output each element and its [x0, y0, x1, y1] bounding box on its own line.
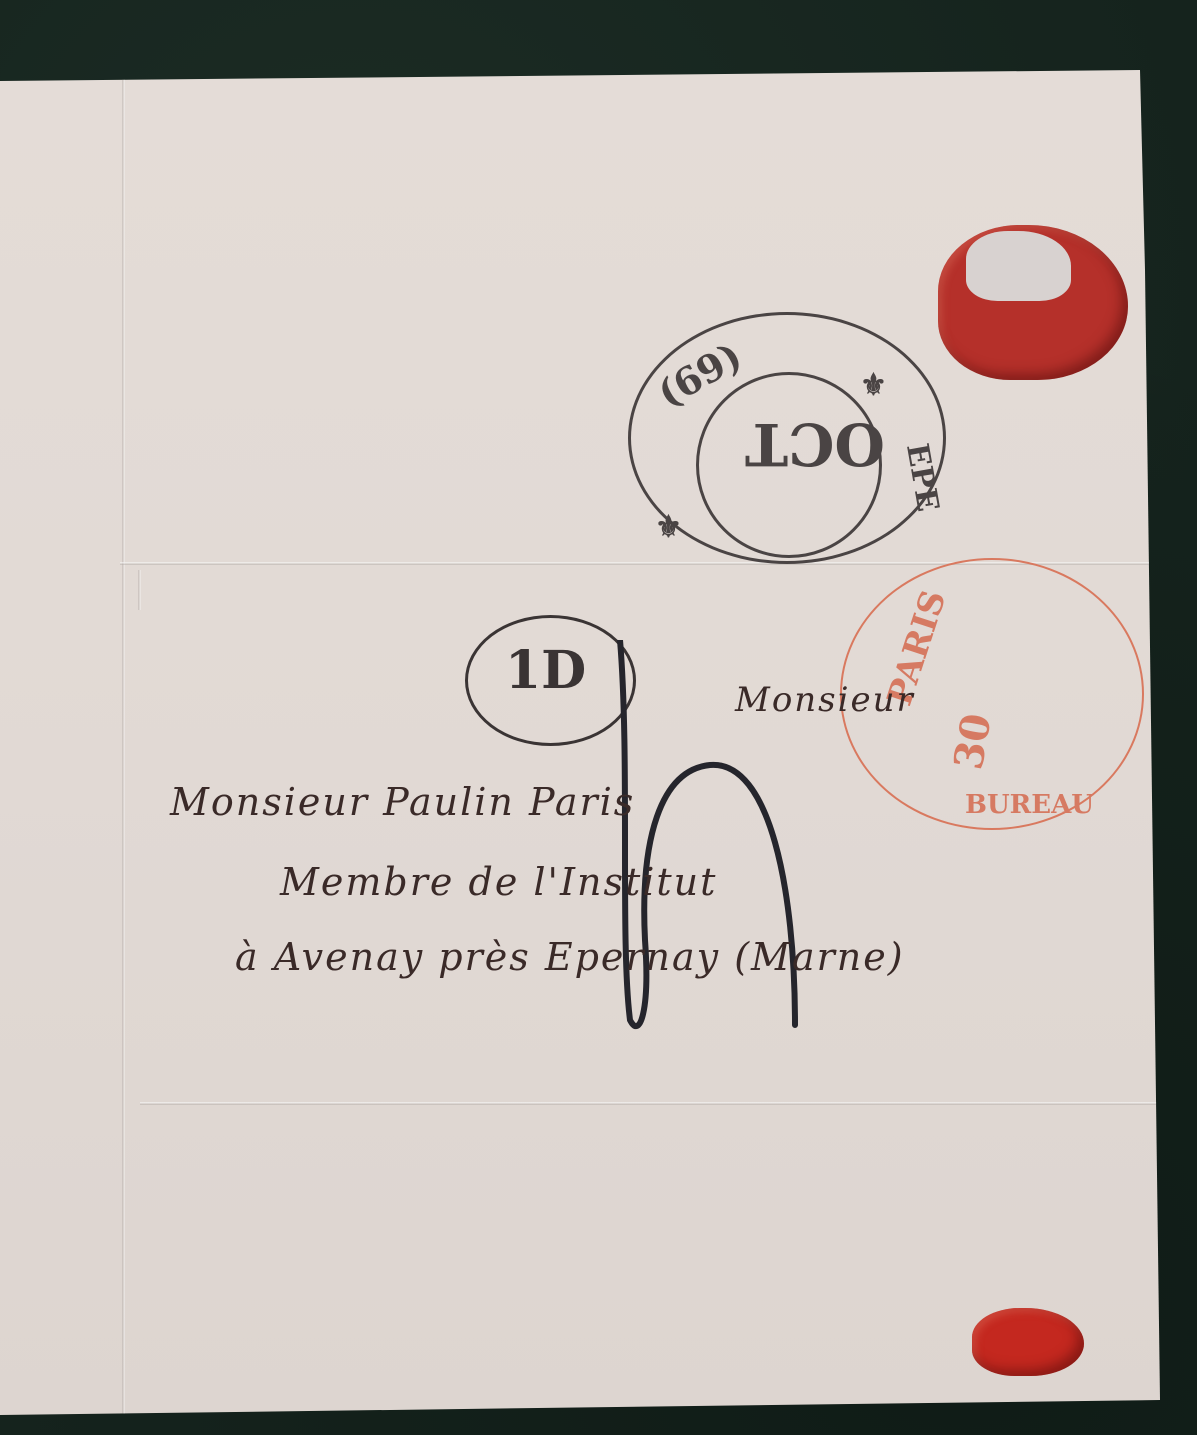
address-line-1: Monsieur Paulin Paris: [170, 780, 635, 824]
fold-crease: [138, 570, 141, 610]
wax-seal-bottom: [972, 1308, 1084, 1376]
address-salutation: Monsieur: [735, 680, 915, 720]
fleuron-ornament-icon: ⚜: [655, 510, 682, 545]
postmark-month: OCT: [745, 410, 885, 478]
seal-torn-paper: [966, 231, 1071, 301]
horizontal-fold-lower: [140, 1102, 1160, 1105]
address-line-3: à Avenay près Epernay (Marne): [235, 935, 905, 979]
address-line-2: Membre de l'Institut: [280, 860, 717, 904]
fleuron-ornament-icon: ⚜: [860, 368, 887, 403]
vertical-fold-left: [122, 70, 125, 1415]
decime-text: 1D: [505, 640, 586, 701]
paris-postmark-day: 30: [945, 710, 1001, 773]
paris-postmark-bureau: BUREAU: [965, 790, 1094, 820]
